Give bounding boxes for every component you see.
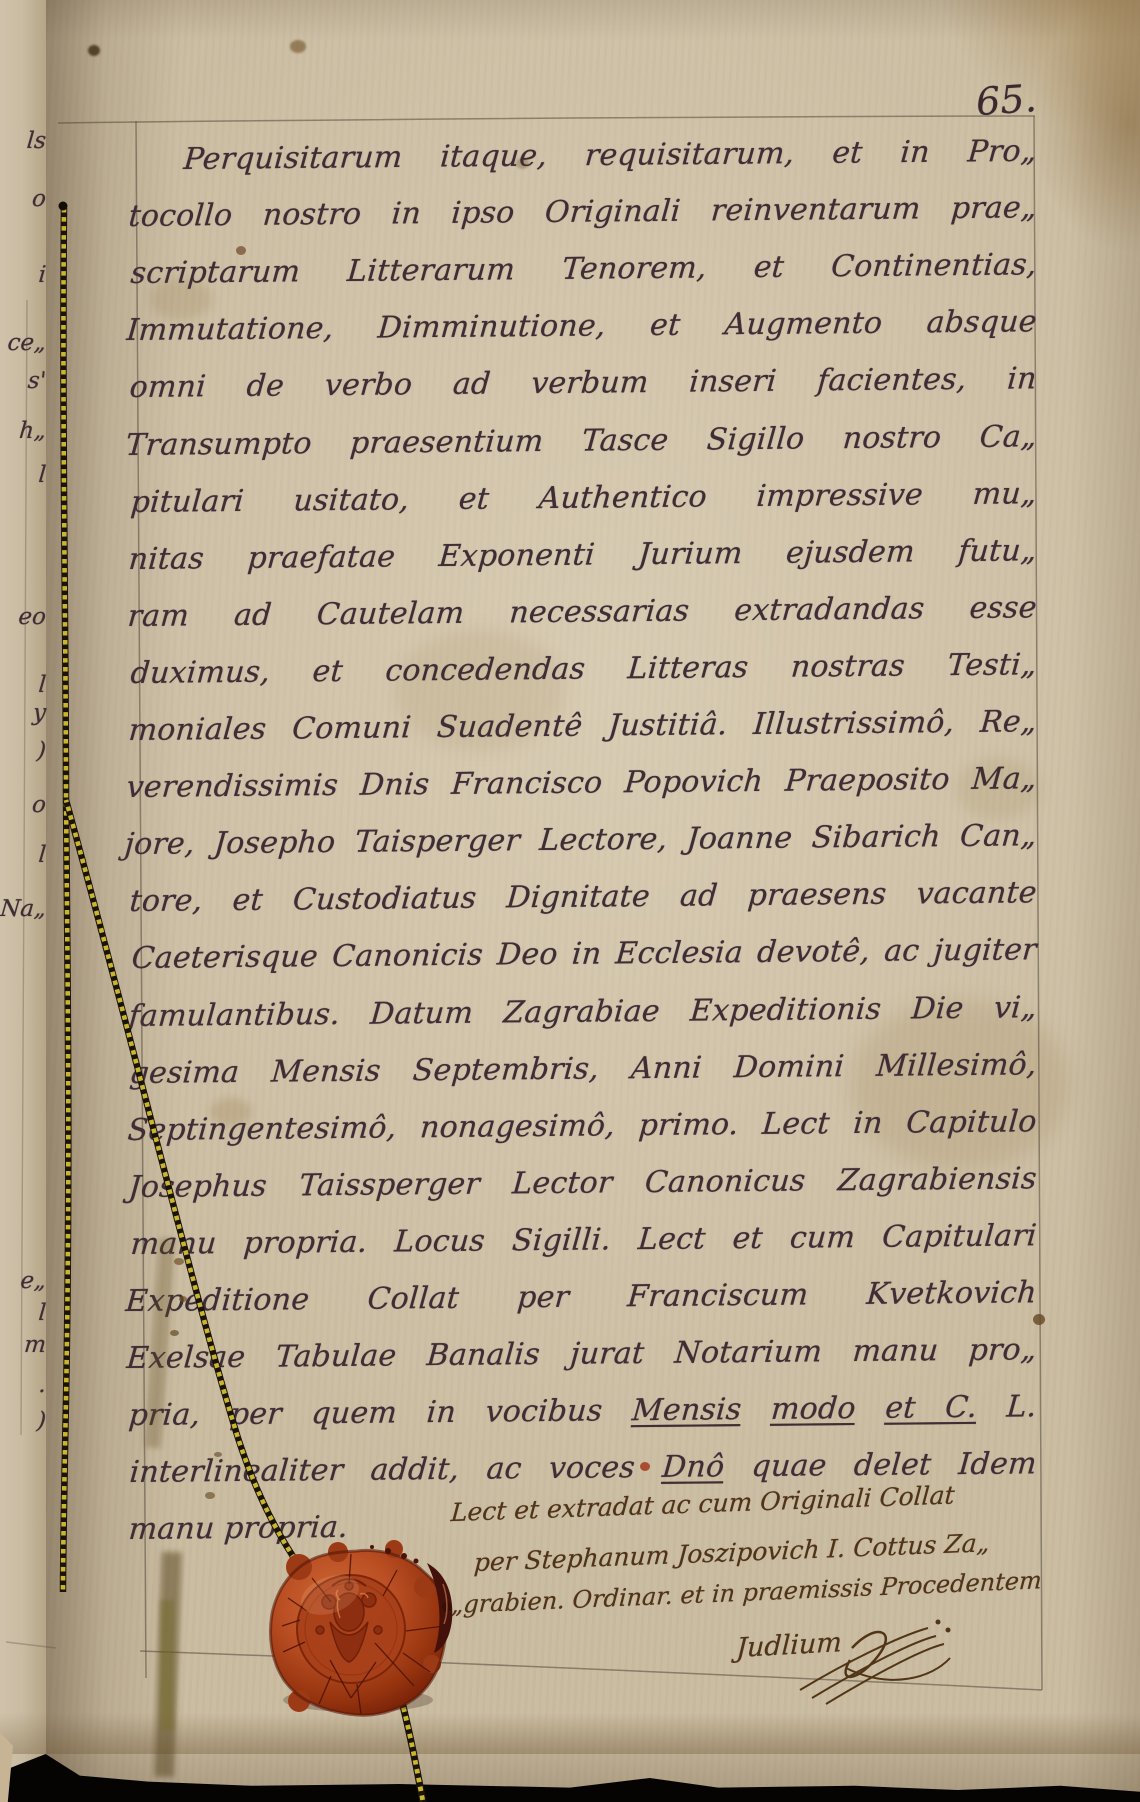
cord-end-knot: [59, 202, 68, 211]
grime-blob: [205, 1492, 215, 1499]
grime-blob: [179, 1296, 187, 1302]
signature-flourish: [800, 1620, 951, 1705]
manuscript-photo: 65. lsoice„s'h„leoly)olNa„e„lm.) Perquis…: [0, 0, 1140, 1802]
wax-seal: [271, 1540, 453, 1715]
cord-and-seal-layer: [0, 0, 1140, 1802]
grime-blob: [170, 1330, 179, 1336]
grime-blob: [174, 1258, 184, 1265]
gutter-grime: [160, 1600, 174, 1730]
grime-blob: [214, 1452, 222, 1457]
